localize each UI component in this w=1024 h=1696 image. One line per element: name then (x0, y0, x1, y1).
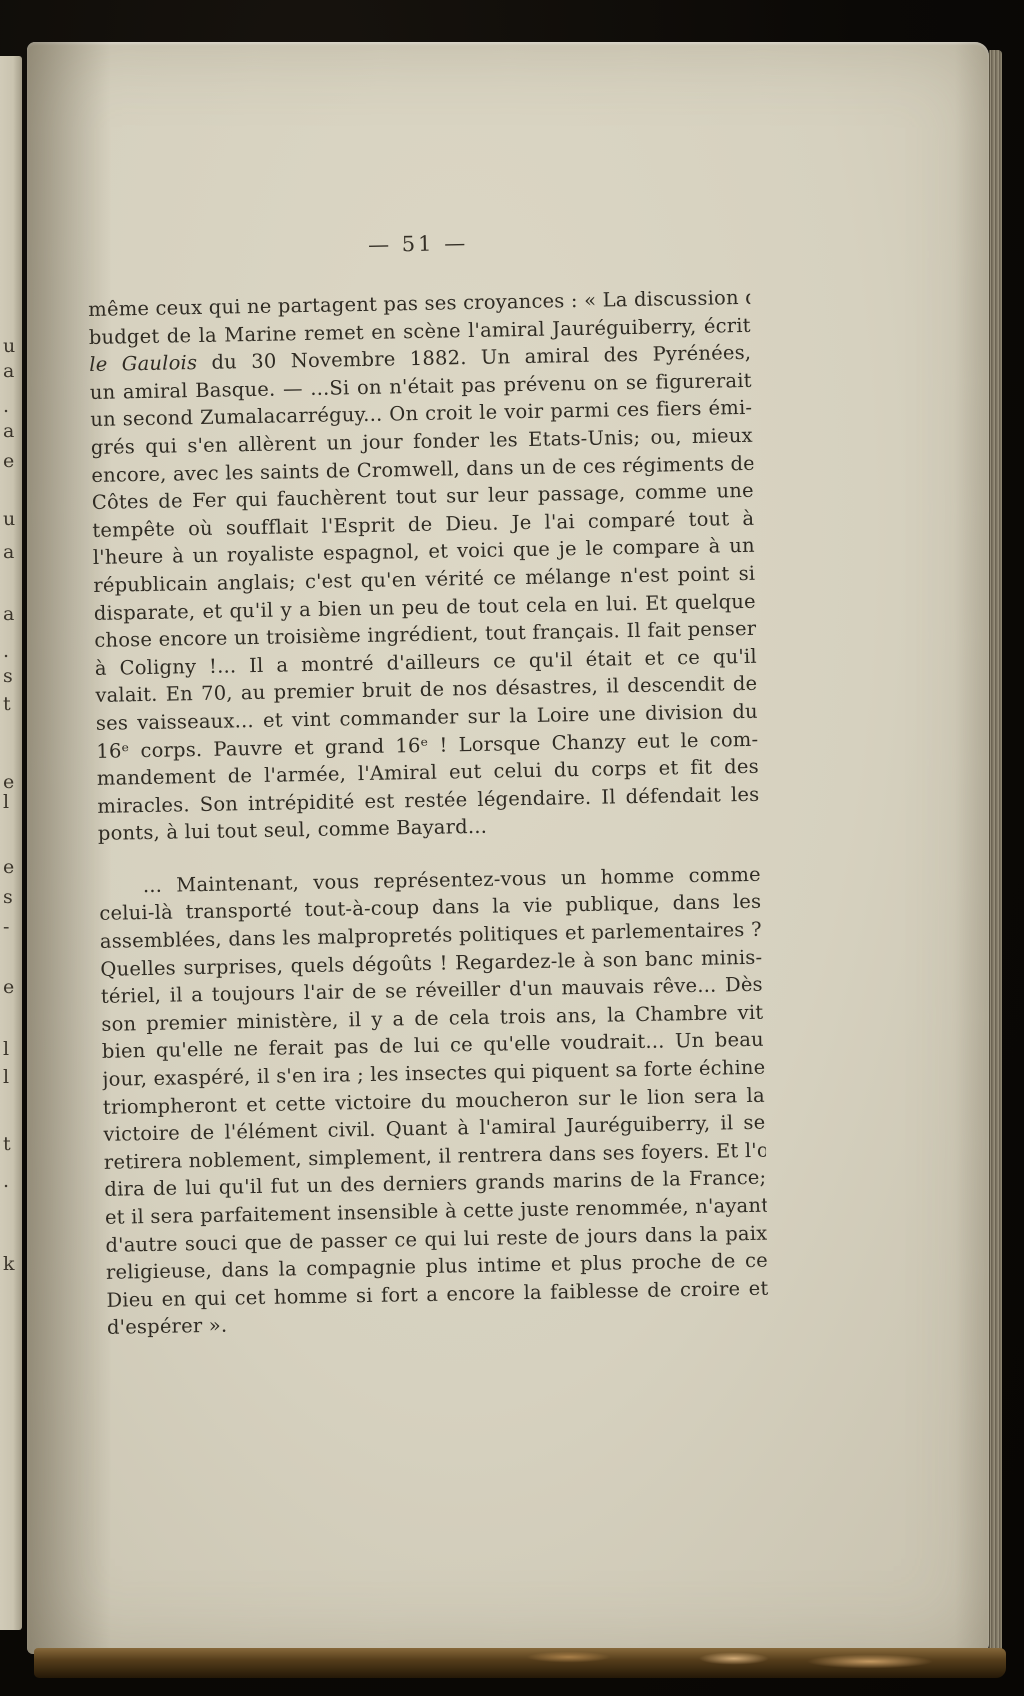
fore-edge-pages (989, 50, 1002, 1654)
fragment-letter: t (3, 1135, 11, 1154)
fragment-letter: l (3, 1068, 9, 1087)
fragment-letter: . (3, 642, 9, 661)
paragraph: ... Maintenant, vous représentez-vous un… (99, 861, 769, 1342)
fragment-letter: a (3, 362, 14, 381)
fragment-letter: e (3, 978, 14, 997)
fragment-letter: u (3, 337, 15, 356)
facing-page-edge: ua.aeuaa.steles-ellt.k (0, 56, 22, 1630)
fragment-letter: l (3, 793, 9, 812)
fragment-letter: s (3, 667, 13, 686)
fragment-letter: e (3, 858, 14, 877)
fragment-letter: e (3, 773, 14, 792)
fragment-letter: l (3, 1040, 9, 1059)
fragment-letter: . (3, 397, 9, 416)
page-number: — 51 — (87, 226, 749, 262)
fragment-letter: a (3, 543, 14, 562)
fragment-letter: - (3, 918, 9, 937)
fragment-letter: s (3, 888, 13, 907)
fragment-letter: t (3, 695, 11, 714)
fragment-letter: a (3, 605, 14, 624)
fragment-letter: u (3, 510, 15, 529)
book-page: — 51 — même ceux qui ne partagent pas se… (27, 42, 989, 1654)
page-content: — 51 — même ceux qui ne partagent pas se… (87, 226, 769, 1342)
fragment-letter: a (3, 422, 14, 441)
paragraph: même ceux qui ne partagent pas ses croya… (88, 284, 760, 848)
fragment-letter: k (3, 1255, 15, 1274)
fragment-letter: . (3, 1172, 9, 1191)
bottom-page-edges (34, 1648, 1006, 1678)
page-text: même ceux qui ne partagent pas ses croya… (88, 284, 769, 1342)
fragment-letter: e (3, 452, 14, 471)
book-photo: ua.aeuaa.steles-ellt.k — 51 — même ceux … (0, 0, 1024, 1696)
